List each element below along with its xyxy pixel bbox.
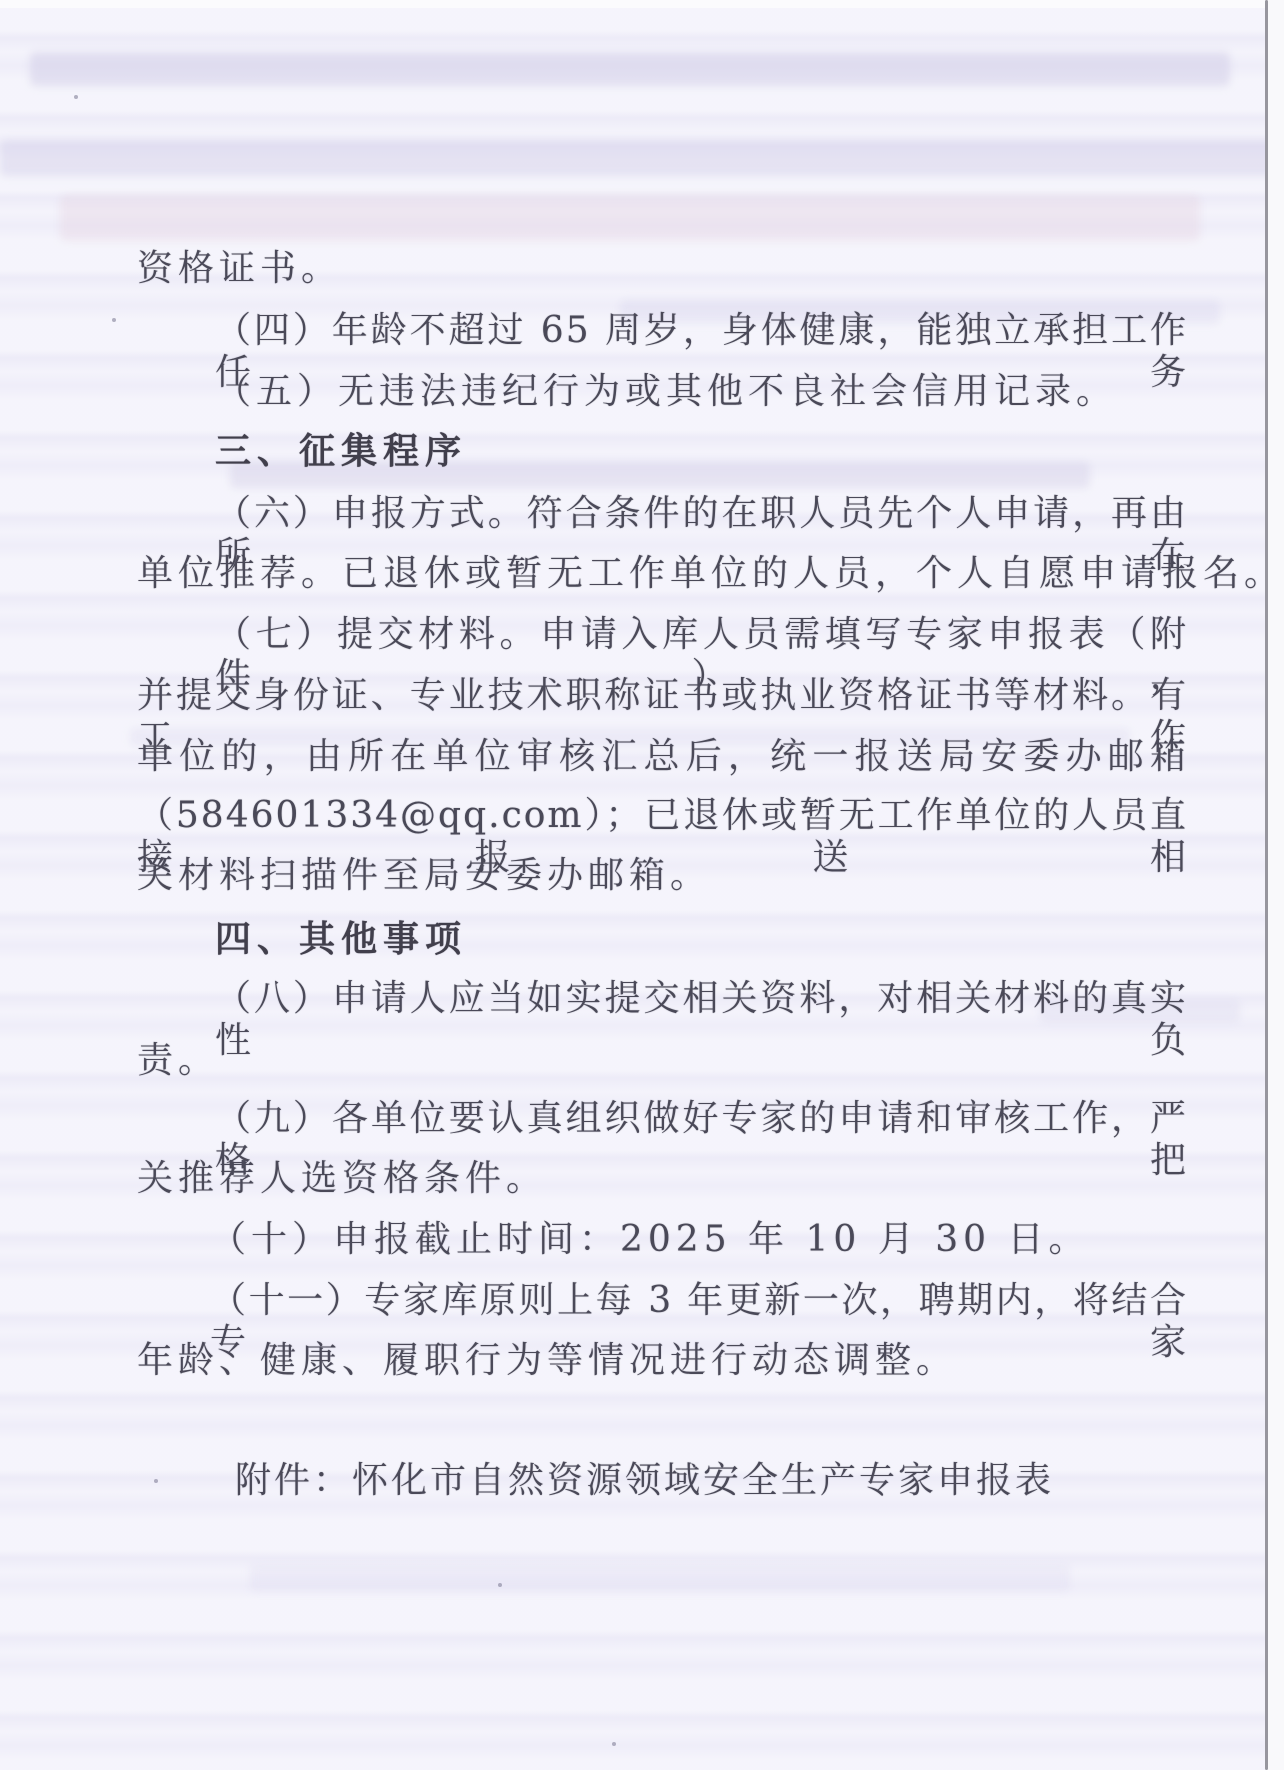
document-page: 资格证书。（四）年龄不超过 65 周岁，身体健康，能独立承担工作任务（五）无违法… xyxy=(0,0,1284,1770)
bleed-through-band xyxy=(30,52,1230,86)
text-line: （十）申报截止时间：2025 年 10 月 30 日。 xyxy=(210,1219,1089,1261)
attachment-line: 附件：怀化市自然资源领域安全生产专家申报表 xyxy=(235,1460,1054,1502)
text-line: 关材料扫描件至局安委办邮箱。 xyxy=(137,855,711,897)
scan-speck xyxy=(154,1479,158,1483)
section-heading: 三、征集程序 xyxy=(215,431,467,473)
text-line: 责。 xyxy=(137,1040,219,1082)
scan-speck xyxy=(498,1583,502,1587)
scan-speck xyxy=(112,318,116,322)
bleed-through-band xyxy=(60,195,1200,241)
text-line: （五）无违法违纪行为或其他不良社会信用记录。 xyxy=(215,371,1117,413)
bleed-through-band xyxy=(0,140,1284,176)
scan-top-edge xyxy=(0,0,1284,8)
bleed-through-band xyxy=(250,1565,1070,1591)
text-line: 单位的，由所在单位审核汇总后，统一报送局安委办邮箱 xyxy=(137,736,1188,778)
scanner-margin xyxy=(1268,0,1284,1770)
text-line: 关推荐人选资格条件。 xyxy=(137,1158,547,1200)
text-line: 资格证书。 xyxy=(137,248,342,290)
section-heading: 四、其他事项 xyxy=(215,919,467,961)
text-line: （八）申请人应当如实提交相关资料，对相关材料的真实性负 xyxy=(215,978,1188,1062)
scan-speck xyxy=(74,95,78,99)
scan-speck xyxy=(612,1742,616,1746)
text-line: 年龄、健康、履职行为等情况进行动态调整。 xyxy=(137,1340,957,1382)
text-line: 单位推荐。已退休或暂无工作单位的人员，个人自愿申请报名。 xyxy=(137,553,1284,595)
